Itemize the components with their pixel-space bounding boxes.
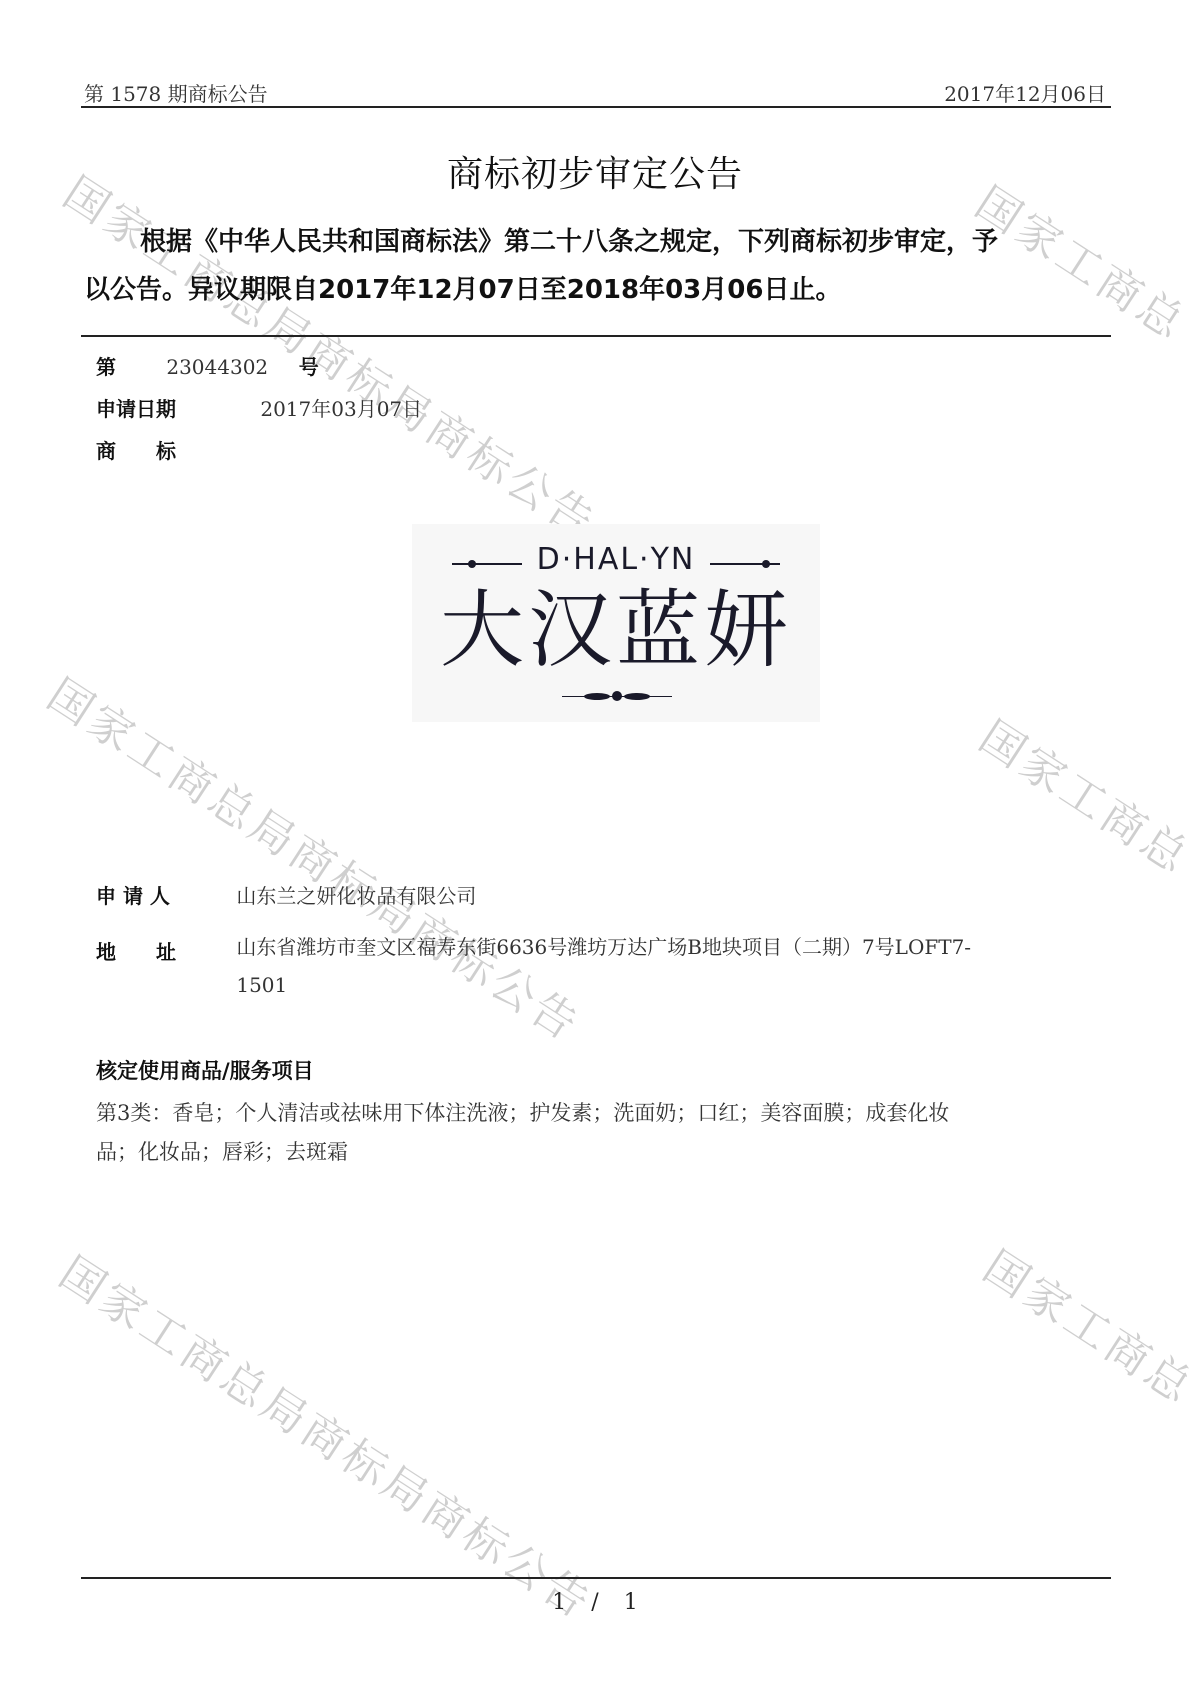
application-date-row: 申请日期 2017年03月07日 — [96, 393, 422, 422]
number-suffix: 号 — [299, 351, 319, 380]
page-title: 商标初步审定公告 — [0, 146, 1190, 197]
issue-date: 2017年12月06日 — [944, 78, 1106, 107]
address-row: 地 址 山东省潍坊市奎文区福寿东街6636号潍坊万达广场B地块项目（二期）7号L… — [96, 936, 1106, 1004]
address-value: 山东省潍坊市奎文区福寿东街6636号潍坊万达广场B地块项目（二期）7号LOFT7… — [236, 928, 1096, 1004]
registration-number: 23044302 — [166, 355, 292, 379]
application-date-label: 申请日期 — [96, 393, 254, 422]
section-rule — [81, 335, 1111, 337]
footer-rule — [81, 1577, 1111, 1579]
intro-paragraph: 根据《中华人民共和国商标法》第二十八条之规定，下列商标初步审定，予 以公告。异议… — [84, 218, 1114, 314]
applicant-row: 申 请 人 山东兰之妍化妆品有限公司 — [96, 880, 476, 909]
goods-line-2: 品；化妆品；唇彩；去斑霜 — [96, 1133, 1100, 1172]
address-label: 地 址 — [96, 936, 230, 965]
page-number: 1 / 1 — [0, 1590, 1190, 1615]
trademark-latin-text: D·HAL·YN — [412, 542, 820, 577]
applicant-label: 申 请 人 — [96, 880, 230, 909]
issue-number: 第 1578 期商标公告 — [84, 78, 268, 107]
trademark-chinese-text: 大汉蓝妍 — [412, 580, 820, 680]
gazette-page: 第 1578 期商标公告 2017年12月06日 商标初步审定公告 根据《中华人… — [0, 0, 1190, 1684]
trademark-row: 商 标 — [96, 435, 176, 464]
address-line-2: 1501 — [236, 966, 1096, 1004]
goods-list: 第3类：香皂；个人清洁或祛味用下体注洗液；护发素；洗面奶；口红；美容面膜；成套化… — [96, 1094, 1100, 1172]
goods-heading: 核定使用商品/服务项目 — [96, 1055, 314, 1085]
goods-line-1: 第3类：香皂；个人清洁或祛味用下体注洗液；护发素；洗面奶；口红；美容面膜；成套化… — [96, 1094, 1100, 1133]
trademark-label: 商 标 — [96, 435, 176, 464]
number-prefix: 第 — [96, 351, 160, 380]
ornament-bottom-dot — [612, 691, 622, 701]
registration-number-row: 第 23044302 号 — [96, 351, 319, 380]
header-rule — [81, 106, 1111, 108]
address-line-1: 山东省潍坊市奎文区福寿东街6636号潍坊万达广场B地块项目（二期）7号LOFT7… — [236, 928, 1096, 966]
intro-line-1: 根据《中华人民共和国商标法》第二十八条之规定，下列商标初步审定，予 — [84, 218, 1114, 266]
application-date: 2017年03月07日 — [260, 393, 422, 422]
ornament-bottom-lens — [624, 693, 650, 700]
intro-line-2: 以公告。异议期限自2017年12月07日至2018年03月06日止。 — [84, 266, 1114, 314]
trademark-image: D·HAL·YN 大汉蓝妍 — [412, 524, 820, 722]
applicant-name: 山东兰之妍化妆品有限公司 — [236, 880, 476, 909]
ornament-bottom-lens — [584, 693, 610, 700]
